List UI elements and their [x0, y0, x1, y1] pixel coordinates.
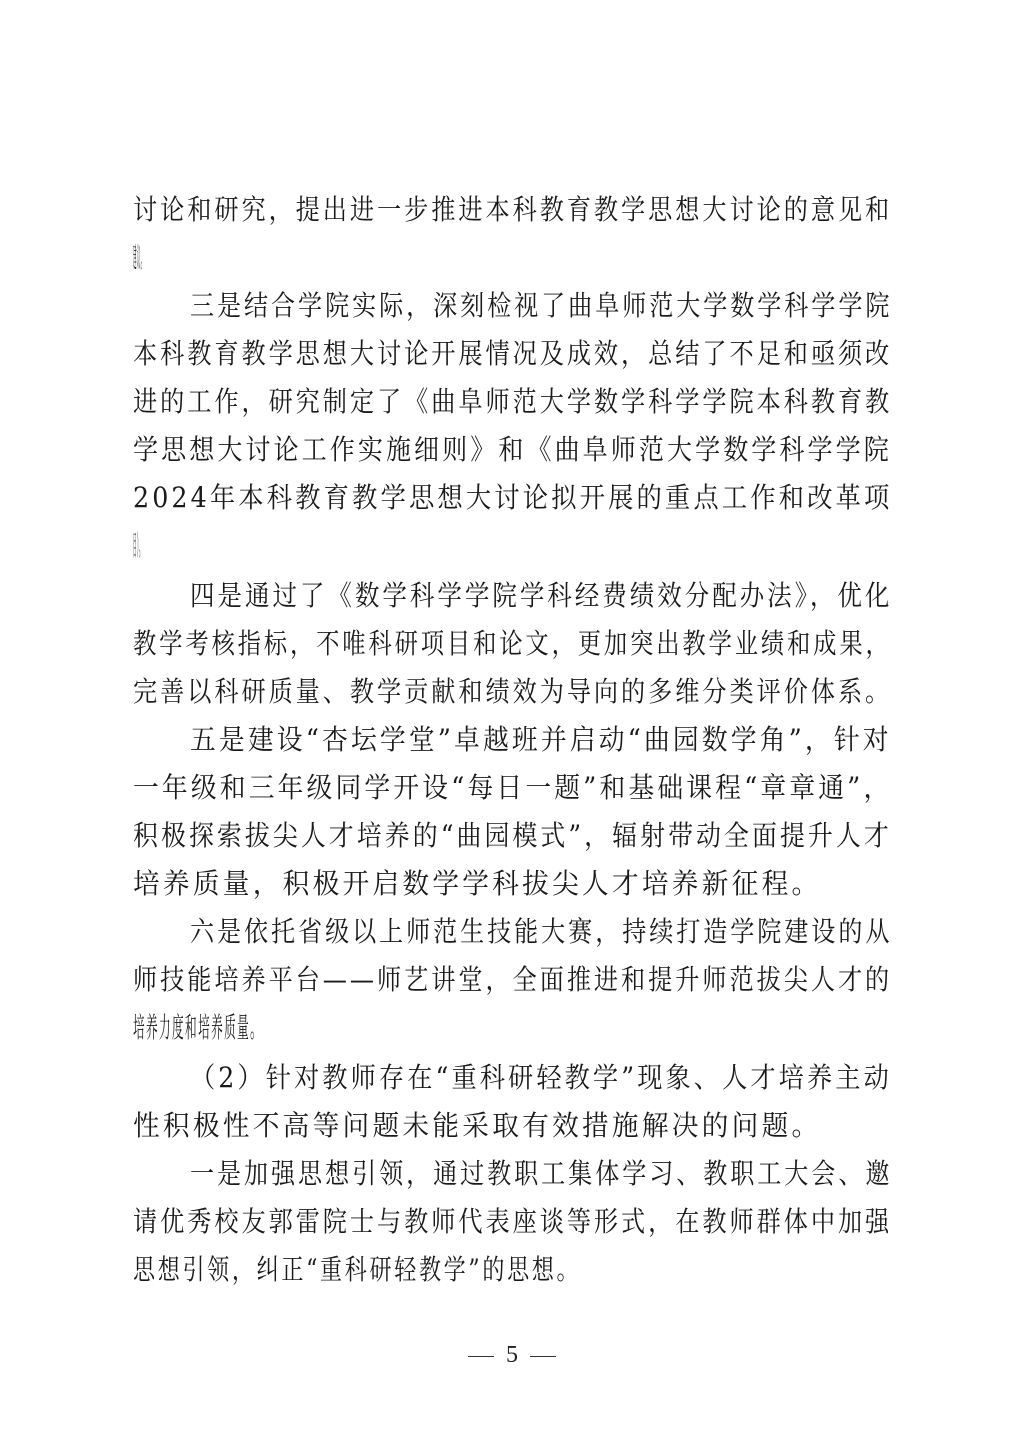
text-line: 完善以科研质量、教学贡献和绩效为导向的多维分类评价体系。	[133, 672, 789, 712]
text-line: 三是结合学院实际，深刻检视了曲阜师范大学数学科学学院	[190, 286, 844, 326]
text-line: 2024年本科教育教学思想大讨论拟开展的重点工作和改革项	[133, 478, 821, 518]
text-line: 讨论和研究，提出进一步推进本科教育教学思想大讨论的意见和	[133, 190, 789, 230]
text-line: 本科教育教学思想大讨论开展情况及成效，总结了不足和亟须改	[133, 334, 789, 374]
page-number-footer: 5	[0, 1340, 1024, 1370]
text-line: 性积极性不高等问题未能采取有效措施解决的问题。	[133, 1106, 858, 1146]
text-line: （2）针对教师存在“重科研轻教学”现象、人才培养主动	[190, 1058, 875, 1098]
text-line: 进的工作，研究制定了《曲阜师范大学数学科学学院本科教育教	[133, 382, 789, 422]
left-dash	[468, 1356, 494, 1357]
document-page: 讨论和研究，提出进一步推进本科教育教学思想大讨论的意见和建议。三是结合学院实际，…	[0, 0, 1024, 1448]
text-line: 积极探索拔尖人才培养的“曲园模式”，辐射带动全面提升人才	[133, 816, 810, 856]
text-line: 思想引领，纠正“重科研轻教学”的思想。	[133, 1250, 732, 1290]
text-line: 六是依托省级以上师范生技能大赛，持续打造学院建设的从	[190, 912, 844, 952]
text-line: 师技能培养平台——师艺讲堂，全面推进和提升师范拔尖人才的	[133, 960, 789, 1000]
text-line: 建议。	[133, 238, 228, 278]
text-line: 培养质量，积极开启数学学科拔尖人才培养新征程。	[133, 864, 858, 904]
text-line: 目》。	[133, 526, 228, 566]
text-line: 一是加强思想引领，通过教职工集体学习、教职工大会、邀	[190, 1154, 844, 1194]
right-dash	[530, 1356, 556, 1357]
text-line: 学思想大讨论工作实施细则》和《曲阜师范大学数学科学学院	[133, 430, 813, 470]
text-line: 五是建设“杏坛学堂”卓越班并启动“曲园数学角”，针对	[190, 720, 890, 760]
text-line: 教学考核指标，不唯科研项目和论文，更加突出教学业绩和成果，	[133, 624, 766, 664]
text-line: 请优秀校友郭雷院士与教师代表座谈等形式，在教师群体中加强	[133, 1202, 789, 1242]
text-line: 四是通过了《数学科学学院学科经费绩效分配办法》，优化	[190, 576, 855, 616]
text-line: 培养力度和培养质量。	[133, 1008, 448, 1048]
page-number: 5	[506, 1342, 518, 1368]
text-line: 一年级和三年级同学开设“每日一题”和基础课程“章章通”，	[133, 768, 833, 808]
